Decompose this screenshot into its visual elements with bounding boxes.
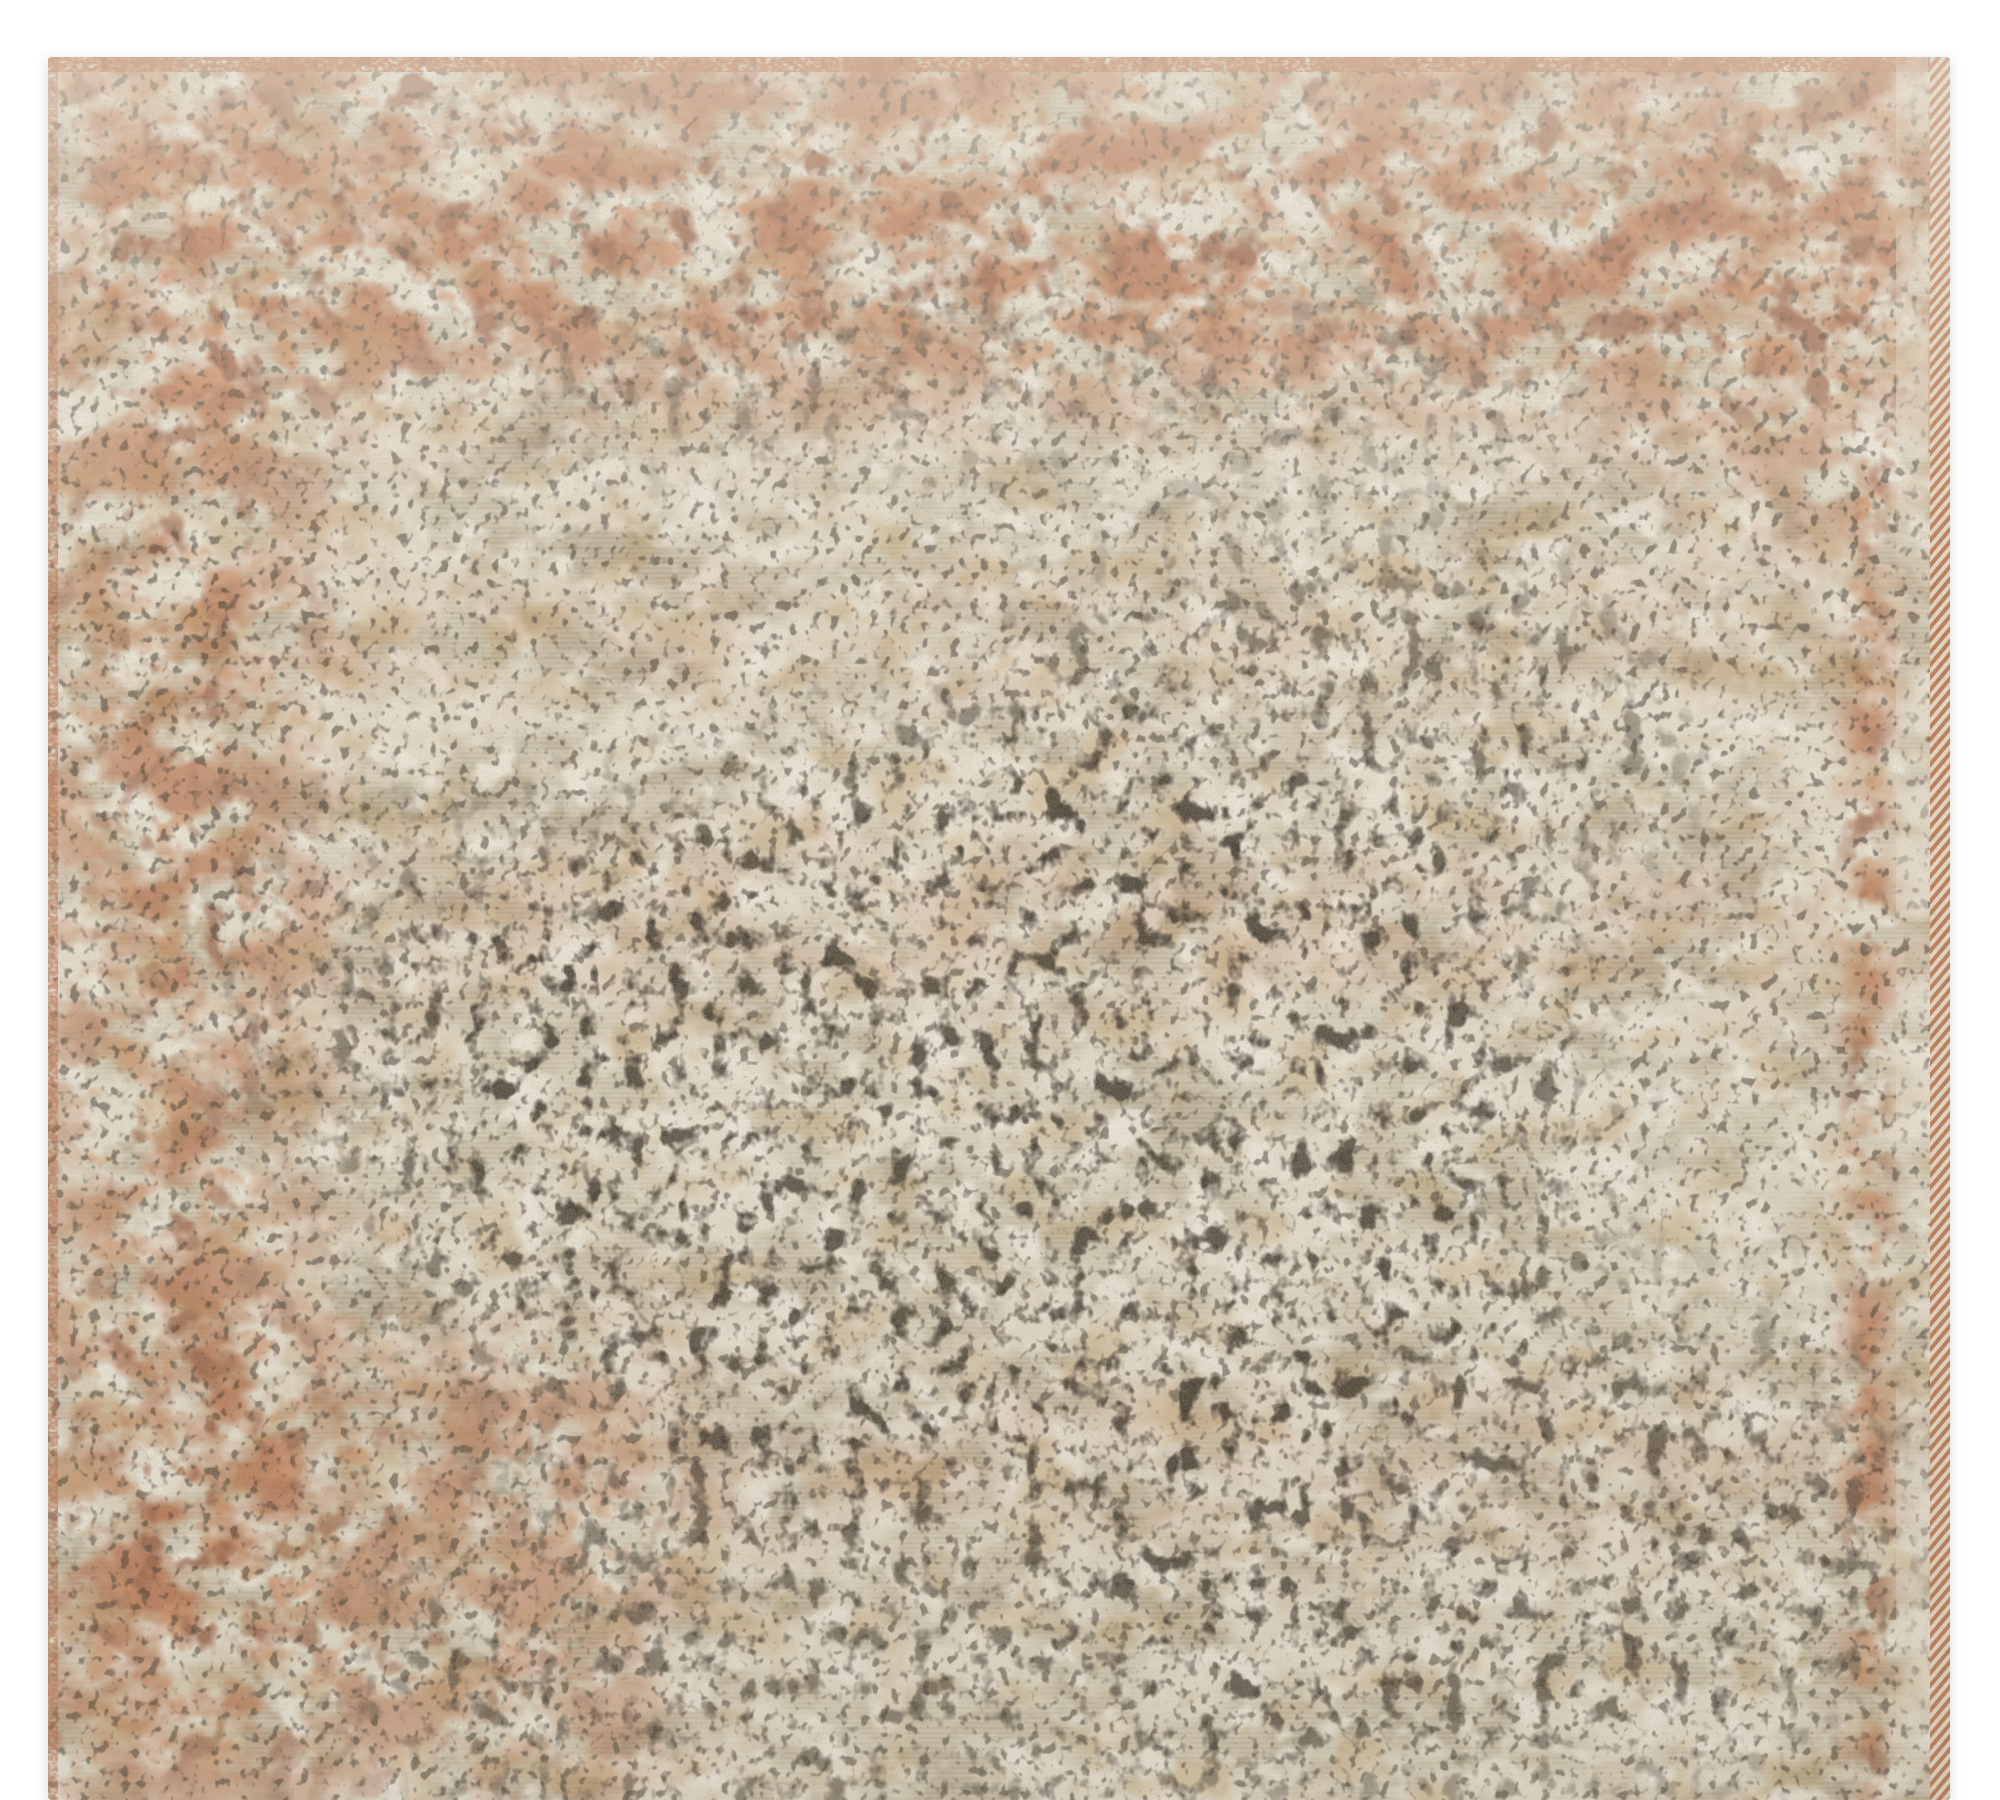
- rug-product-photo: [0, 0, 2000, 1800]
- rug-image: [0, 0, 2000, 1800]
- grain-overlay: [48, 57, 1950, 1800]
- rug: [48, 57, 1950, 1800]
- photo-stage: [0, 0, 2000, 1800]
